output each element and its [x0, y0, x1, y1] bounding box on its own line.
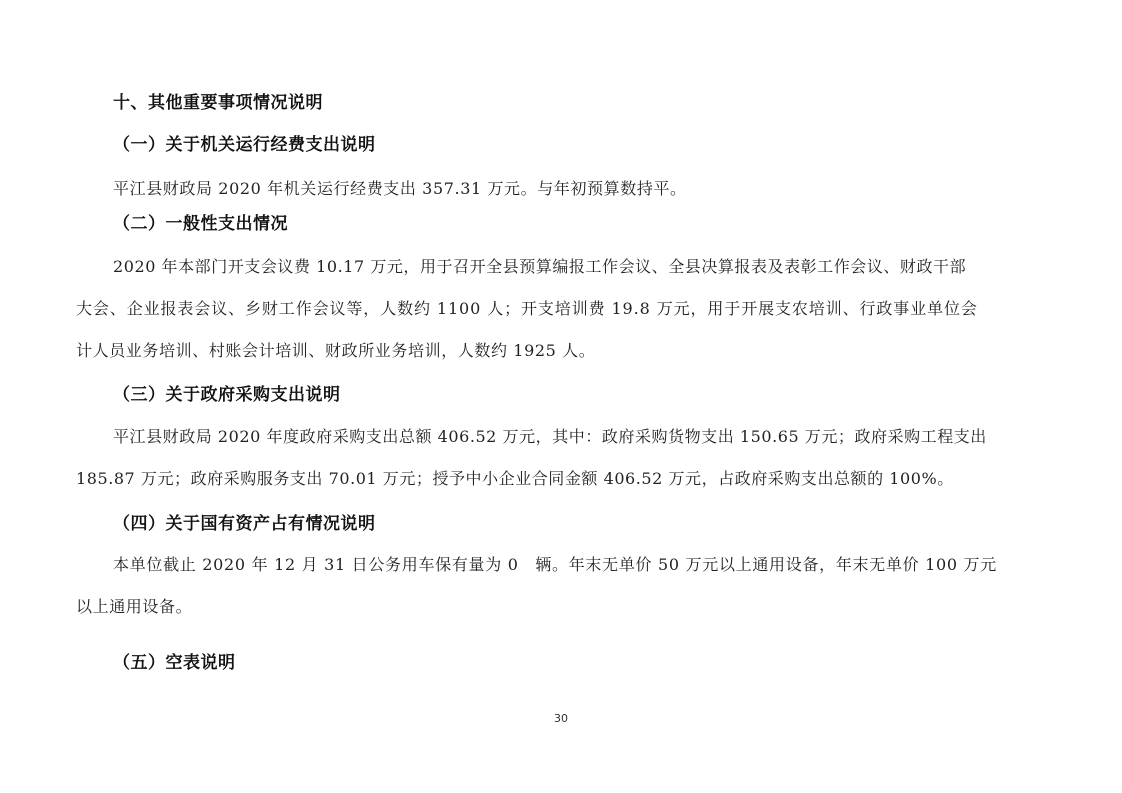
subsection-1-heading: （一）关于机关运行经费支出说明 — [113, 130, 376, 155]
subsection-3-paragraph-line: 185.87 万元；政府采购服务支出 70.01 万元；授予中小企业合同金额 4… — [76, 466, 954, 489]
subsection-3-heading: （三）关于政府采购支出说明 — [113, 380, 341, 405]
subsection-2-paragraph-line: 计人员业务培训、村账会计培训、财政所业务培训，人数约 1925 人。 — [76, 338, 595, 361]
section-title: 十、其他重要事项情况说明 — [113, 88, 323, 113]
subsection-4-paragraph-line: 本单位截止 2020 年 12 月 31 日公务用车保有量为 0 辆。年末无单价… — [113, 552, 997, 575]
subsection-3-paragraph-line: 平江县财政局 2020 年度政府采购支出总额 406.52 万元，其中：政府采购… — [113, 424, 987, 447]
subsection-1-paragraph-line: 平江县财政局 2020 年机关运行经费支出 357.31 万元。与年初预算数持平… — [113, 176, 687, 199]
subsection-4-paragraph-line: 以上通用设备。 — [76, 594, 192, 617]
subsection-5-heading: （五）空表说明 — [113, 648, 236, 673]
subsection-4-heading: （四）关于国有资产占有情况说明 — [113, 509, 376, 534]
subsection-2-heading: （二）一般性支出情况 — [113, 209, 288, 234]
document-page: 十、其他重要事项情况说明 （一）关于机关运行经费支出说明 平江县财政局 2020… — [0, 0, 1122, 793]
subsection-2-paragraph-line: 大会、企业报表会议、乡财工作会议等，人数约 1100 人；开支培训费 19.8 … — [76, 296, 978, 319]
subsection-2-paragraph-line: 2020 年本部门开支会议费 10.17 万元，用于召开全县预算编报工作会议、全… — [113, 254, 966, 277]
page-number: 30 — [554, 712, 568, 725]
